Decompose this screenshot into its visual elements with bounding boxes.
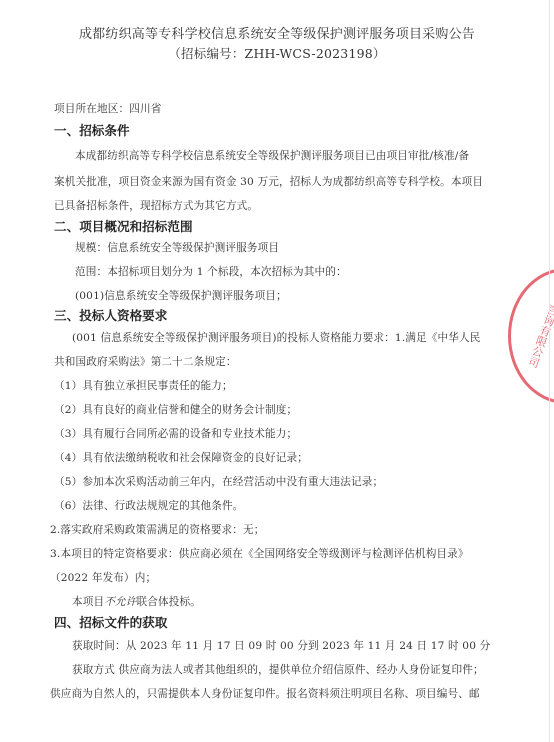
paragraph-line: 规模：信息系统安全等级保护测评服务项目	[75, 240, 279, 255]
document-page: 成都纺织高等专科学校信息系统安全等级保护测评服务项目采购公告 （招标编号：ZHH…	[0, 0, 554, 742]
requirement-item: 2.落实政府采购政策需满足的资格要求：无；	[50, 522, 265, 537]
section-heading-1: 一、招标条件	[54, 120, 130, 139]
consortium-emphasis: 不允许	[104, 596, 136, 608]
paragraph-line: (001)信息系统安全等级保护测评服务项目；	[75, 288, 287, 303]
section-heading-4: 四、招标文件的获取	[54, 612, 167, 631]
requirement-item: （1）具有独立承担民事责任的能力；	[54, 378, 233, 393]
consortium-statement: 本项目不允许联合体投标。	[72, 594, 201, 609]
paragraph-line: 本成都纺织高等专科学校信息系统安全等级保护测评服务项目已由项目审批/核准/备	[75, 148, 469, 163]
paragraph-line: 已具备招标条件，现招标方式为其它方式。	[54, 198, 258, 213]
paragraph-line: 获取时间：从 2023 年 11 月 17 日 09 时 00 分到 2023 …	[72, 638, 490, 653]
paragraph-line: （2022 年发布）内；	[50, 570, 156, 585]
section-heading-2: 二、项目概况和招标范围	[54, 216, 193, 235]
paragraph-line: 案机关批准，项目资金来源为国有资金 30 万元，招标人为成都纺织高等专科学校。本…	[54, 174, 483, 189]
document-title: 成都纺织高等专科学校信息系统安全等级保护测评服务项目采购公告	[0, 23, 554, 42]
requirement-item: （6）法律、行政法规规定的其他条件。	[54, 498, 244, 513]
paragraph-line: (001 信息系统安全等级保护测评服务项目)的投标人资格能力要求：1.满足《中华…	[72, 330, 480, 345]
consortium-suffix: 联合体投标。	[136, 596, 200, 608]
section-heading-3: 三、投标人资格要求	[54, 305, 167, 324]
requirement-item: （4）具有依法缴纳税收和社会保障资金的良好记录；	[54, 450, 308, 465]
project-region: 项目所在地区：四川省	[54, 101, 161, 116]
requirement-item: （2）具有良好的商业信誉和健全的财务会计制度；	[54, 402, 297, 417]
paragraph-line: 供应商为自然人的，只需提供本人身份证复印件。报名资料须注明项目名称、项目编号、邮	[50, 686, 480, 701]
requirement-item: 3.本项目的特定资格要求：供应商必须在《全国网络安全等级测评与检测评估机构目录》	[50, 546, 469, 561]
tender-number: （招标编号：ZHH-WCS-2023198）	[0, 44, 554, 62]
paragraph-line: 获取方式 供应商为法人或者其他组织的，提供单位介绍信原件、经办人身份证复印件；	[72, 662, 484, 677]
requirement-item: （5）参加本次采购活动前三年内，在经营活动中没有重大违法记录；	[54, 474, 383, 489]
consortium-prefix: 本项目	[72, 596, 104, 608]
paragraph-line: 范围：本招标项目划分为 1 个标段，本次招标为其中的：	[75, 264, 347, 279]
page-edge-divider	[549, 0, 550, 742]
paragraph-line: 共和国政府采购法》第二十二条规定：	[54, 354, 237, 369]
requirement-item: （3）具有履行合同所必需的设备和专业技术能力；	[54, 426, 297, 441]
